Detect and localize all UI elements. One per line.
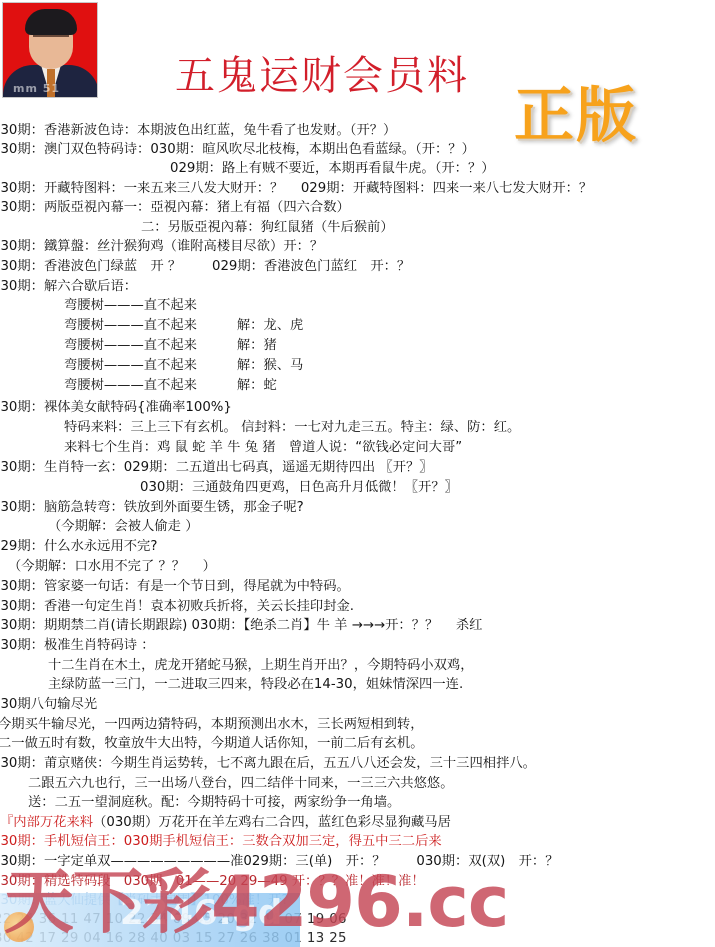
- document-line: （今期解：会被人偷走 ）: [48, 517, 199, 536]
- genuine-stamp: 正版: [514, 68, 638, 154]
- document-line: 030期：手机短信王：030期手机短信王：三数合双加三定，得五中三二后来: [0, 832, 442, 851]
- document-line: 030期：澳门双色特码诗：030期：暄风吹尽北枝梅，本期出色看蓝绿。（开：？）: [0, 140, 475, 159]
- portrait-glasses: [33, 35, 69, 41]
- portrait-watermark: mm 51: [13, 82, 60, 95]
- document-line: 030期：三通鼓角四更鸡，日色高升月低微！〖开？〗: [140, 478, 458, 497]
- document-line: 二跟五六九也行，三一出场八登台，四二结伴十同来，一三三六共悠悠。: [28, 774, 454, 793]
- document-line: 030期：香港波色门绿蓝 开 ？ 029期：香港波色门蓝红 开：？: [0, 257, 410, 276]
- document-line: 来料七个生肖：鸡 鼠 蛇 羊 牛 兔 猪 曾道人说：“欲钱必定问大哥”: [64, 438, 462, 457]
- document-line: 030期：莆京赌侠：今期生肖运势转，七不离九跟在后，五五八八还会发，三十三四相拌…: [0, 754, 536, 773]
- document-line: 送：二五一望洞庭秋。配：今期特码十可接，两家纷争一角墙。: [28, 793, 400, 812]
- document-line: 特码来料：三上三下有玄机。 信封料：一七对九走三五。特主：绿、防：红。: [64, 418, 520, 437]
- document-line: 030期：开藏特图料：一来五来三八发大财开：？ 029期：开藏特图料：四来一来八…: [0, 179, 592, 198]
- document-line: 029期：什么水永远用不完?: [0, 537, 157, 556]
- document-line: 030期：脑筋急转弯：铁放到外面要生锈，那金子呢?: [0, 498, 304, 517]
- internal-source-text: （030期）万花开在羊左鸡右二合四，蓝红色彩尽显狗藏马居: [93, 815, 451, 830]
- document-line: 弯腰树———直不起来 解：龙、虎: [64, 316, 303, 335]
- document-line: （今期解：口水用不完了 ？？ ）: [8, 557, 216, 576]
- document-line: 030期八句输尽光: [0, 695, 97, 714]
- document-line: 主绿防蓝一三门，一二进取三四来，特段必在14-30，姐妹情深四一连.: [48, 675, 463, 694]
- document-line: 030期：两版亞視內幕一：亞視內幕：猪上有福（四六合数）: [0, 198, 350, 217]
- document-line: 030期：管家婆一句话：有是一个节日到，得尾就为中特码。: [0, 577, 350, 596]
- document-line: 弯腰树———直不起来: [64, 296, 197, 315]
- document-line: 030期：解六合歇后语：: [0, 277, 137, 296]
- document-line: 弯腰树———直不起来 解：猴、马: [64, 356, 303, 375]
- document-line: 十二生肖在木土，虎龙开猪蛇马猴，上期生肖开出？，今期特码小双鸡，: [48, 656, 474, 675]
- portrait-photo: mm 51: [2, 2, 98, 98]
- watermark-site-banner: 天下彩4296.cc: [4, 862, 508, 942]
- document-line: 今期买牛输尽光，一四两边猜特码，本期预测出水木，三长两短相到转，: [0, 715, 424, 734]
- internal-source-label: 『内部万花来料: [0, 815, 93, 830]
- document-line: 弯腰树———直不起来 解：猪: [64, 336, 277, 355]
- document-line: 030期：裸体美女献特码{准确率100%}: [0, 398, 232, 417]
- page-title: 五鬼运财会员料: [175, 44, 469, 101]
- document-line: 029期：路上有贼不要近，本期再看鼠牛虎。（开：？）: [170, 159, 495, 178]
- document-line: 弯腰树———直不起来 解：蛇: [64, 376, 277, 395]
- document-line-internal-source: 『内部万花来料（030期）万花开在羊左鸡右二合四，蓝红色彩尽显狗藏马居: [0, 813, 451, 832]
- document-line: 030期：生肖特一玄：029期：二五道出七码真，遥遥无期待四出 〖开？〗: [0, 458, 433, 477]
- document-line: 030期：香港一句定生肖！袁本初败兵折将，关云长挂印封金.: [0, 597, 354, 616]
- document-line: 030期：期期禁二肖(请长期跟踪) 030期：【绝杀二肖】牛 羊 →→→开：？？…: [0, 616, 482, 635]
- document-line: 030期：鐵算盤：丝汁猴狗鸡（谁附高楼目尽欲）开：？: [0, 237, 323, 256]
- document-line: 030期：极准生肖特码诗 ：: [0, 636, 155, 655]
- document-line: 二：另版亞視內幕：狗红鼠猪（牛后猴前）: [141, 218, 394, 237]
- document-line: 二一做五时有数，牧童放牛大出特，今期道人话你知，一前二后有玄机。: [0, 734, 424, 753]
- portrait-hair: [25, 9, 77, 35]
- document-line: 030期：香港新波色诗：本期波色出红蓝，兔牛看了也发财。（开？）: [0, 121, 396, 140]
